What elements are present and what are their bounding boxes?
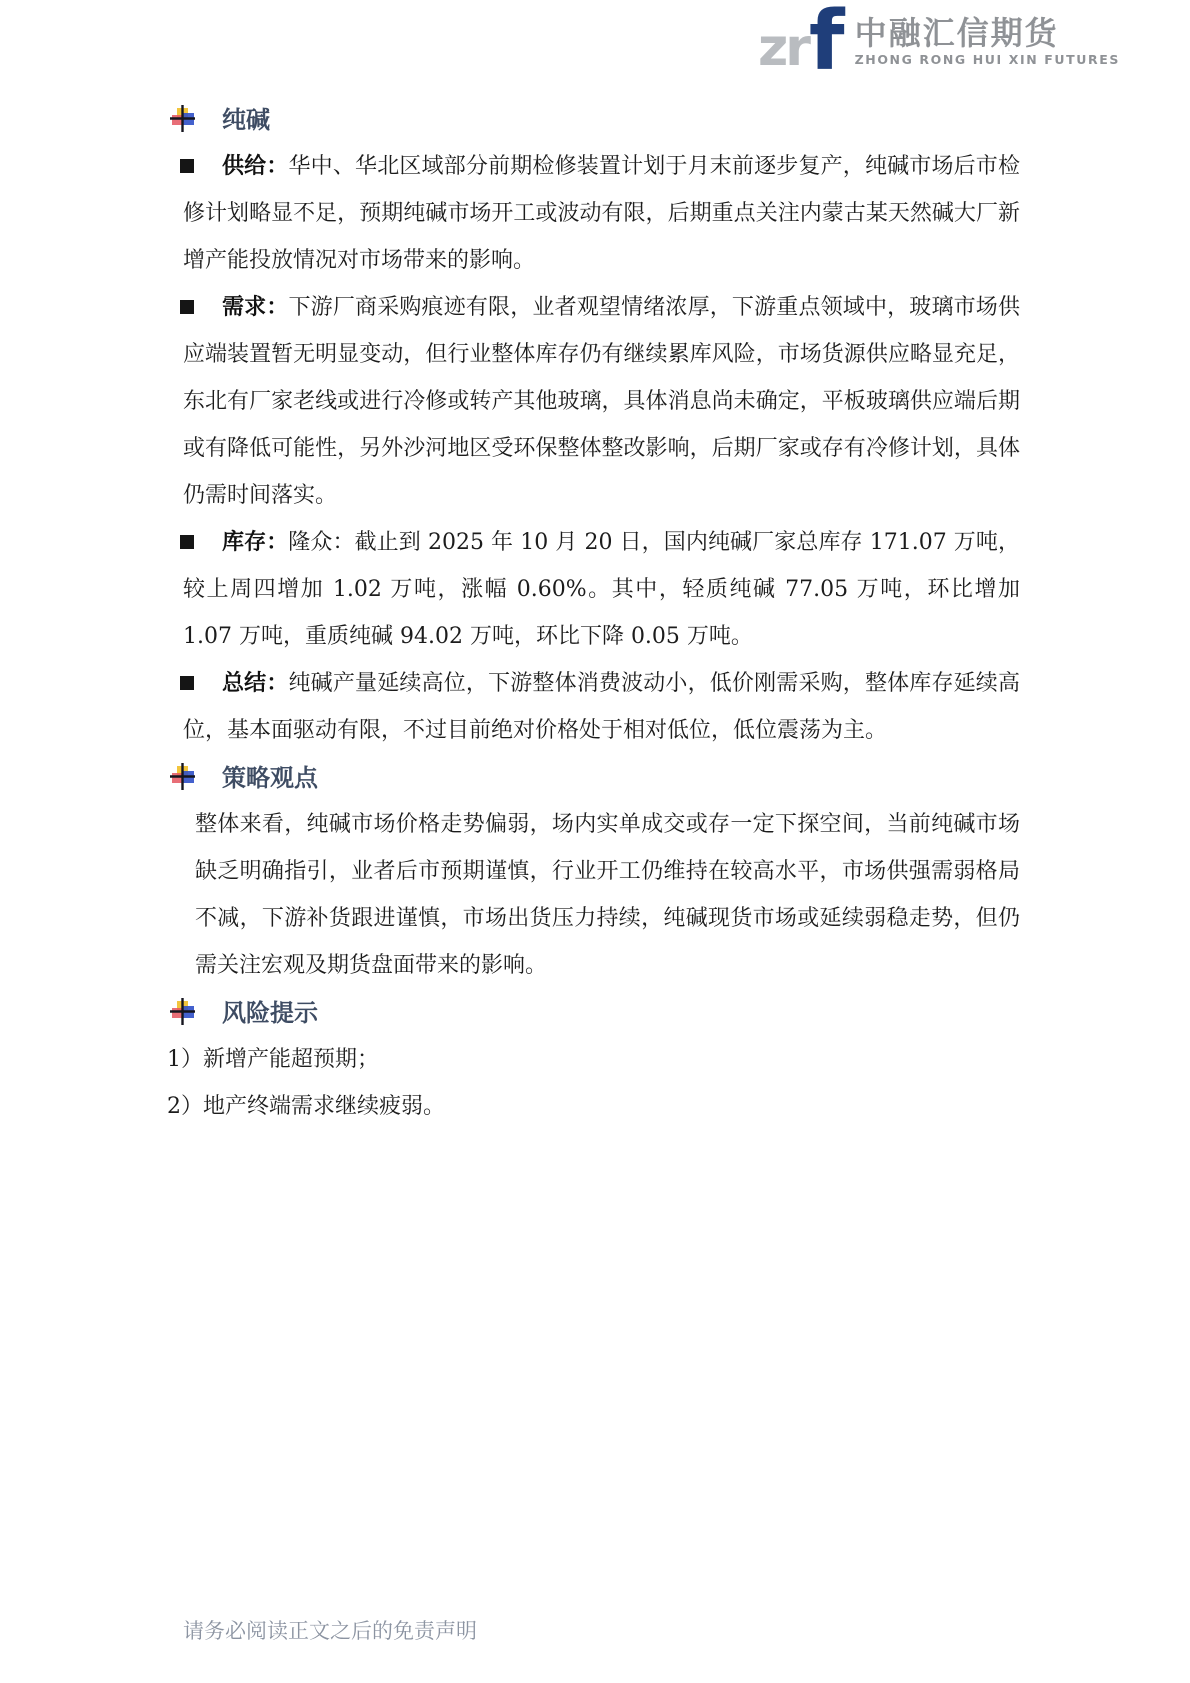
- multicolor-cross-bullet-icon: [170, 105, 196, 133]
- inventory-text: 隆众：截止到 2025 年 10 月 20 日，国内纯碱厂家总库存 171.07…: [183, 530, 1020, 649]
- square-bullet-icon: [180, 676, 194, 690]
- logo-mark-icon: zrf: [758, 17, 845, 68]
- supply-paragraph: 供给：华中、华北区域部分前期检修装置计划于月末前逐步复产，纯碱市场后市检修计划略…: [183, 143, 1020, 284]
- section-title: 风险提示: [222, 998, 318, 1027]
- inventory-label: 库存：: [222, 529, 288, 555]
- strategy-paragraph: 整体来看，纯碱市场价格走势偏弱，场内实单成交或存一定下探空间，当前纯碱市场缺乏明…: [195, 801, 1020, 989]
- section-heading-soda-ash: 纯碱: [183, 96, 1020, 143]
- demand-label: 需求：: [222, 294, 289, 320]
- report-page: zrf 中融汇信期货 ZHONG RONG HUI XIN FUTURES 纯碱…: [0, 0, 1190, 1683]
- multicolor-cross-bullet-icon: [170, 763, 196, 791]
- section-title: 策略观点: [222, 763, 318, 792]
- risk-item-1: 1）新增产能超预期；: [167, 1036, 1020, 1083]
- summary-text: 纯碱产量延续高位，下游整体消费波动小，低价刚需采购，整体库存延续高位，基本面驱动…: [183, 671, 1020, 743]
- supply-label: 供给：: [222, 153, 289, 179]
- logo-wordmark: 中融汇信期货 ZHONG RONG HUI XIN FUTURES: [855, 16, 1120, 68]
- supply-text: 华中、华北区域部分前期检修装置计划于月末前逐步复产，纯碱市场后市检修计划略显不足…: [183, 154, 1020, 273]
- square-bullet-icon: [180, 535, 194, 549]
- logo-f-letter: f: [809, 17, 845, 68]
- logo-zr-letters: zr: [758, 28, 808, 69]
- inventory-paragraph: 库存：隆众：截止到 2025 年 10 月 20 日，国内纯碱厂家总库存 171…: [183, 519, 1020, 660]
- multicolor-cross-bullet-icon: [170, 998, 196, 1026]
- summary-paragraph: 总结：纯碱产量延续高位，下游整体消费波动小，低价刚需采购，整体库存延续高位，基本…: [183, 660, 1020, 754]
- section-title: 纯碱: [222, 105, 270, 134]
- section-heading-strategy: 策略观点: [183, 754, 1020, 801]
- company-name-cn: 中融汇信期货: [855, 16, 1120, 51]
- demand-paragraph: 需求：下游厂商采购痕迹有限，业者观望情绪浓厚，下游重点领域中，玻璃市场供应端装置…: [183, 284, 1020, 519]
- footer-disclaimer: 请务必阅读正文之后的免责声明: [183, 1608, 477, 1655]
- square-bullet-icon: [180, 300, 194, 314]
- report-body: 纯碱 供给：华中、华北区域部分前期检修装置计划于月末前逐步复产，纯碱市场后市检修…: [183, 96, 1020, 1130]
- summary-label: 总结：: [222, 670, 289, 696]
- section-heading-risk: 风险提示: [183, 989, 1020, 1036]
- risk-item-2: 2）地产终端需求继续疲弱。: [167, 1083, 1020, 1130]
- demand-text: 下游厂商采购痕迹有限，业者观望情绪浓厚，下游重点领域中，玻璃市场供应端装置暂无明…: [183, 295, 1020, 508]
- company-logo: zrf 中融汇信期货 ZHONG RONG HUI XIN FUTURES: [758, 16, 1120, 68]
- square-bullet-icon: [180, 159, 194, 173]
- company-name-en: ZHONG RONG HUI XIN FUTURES: [855, 52, 1120, 67]
